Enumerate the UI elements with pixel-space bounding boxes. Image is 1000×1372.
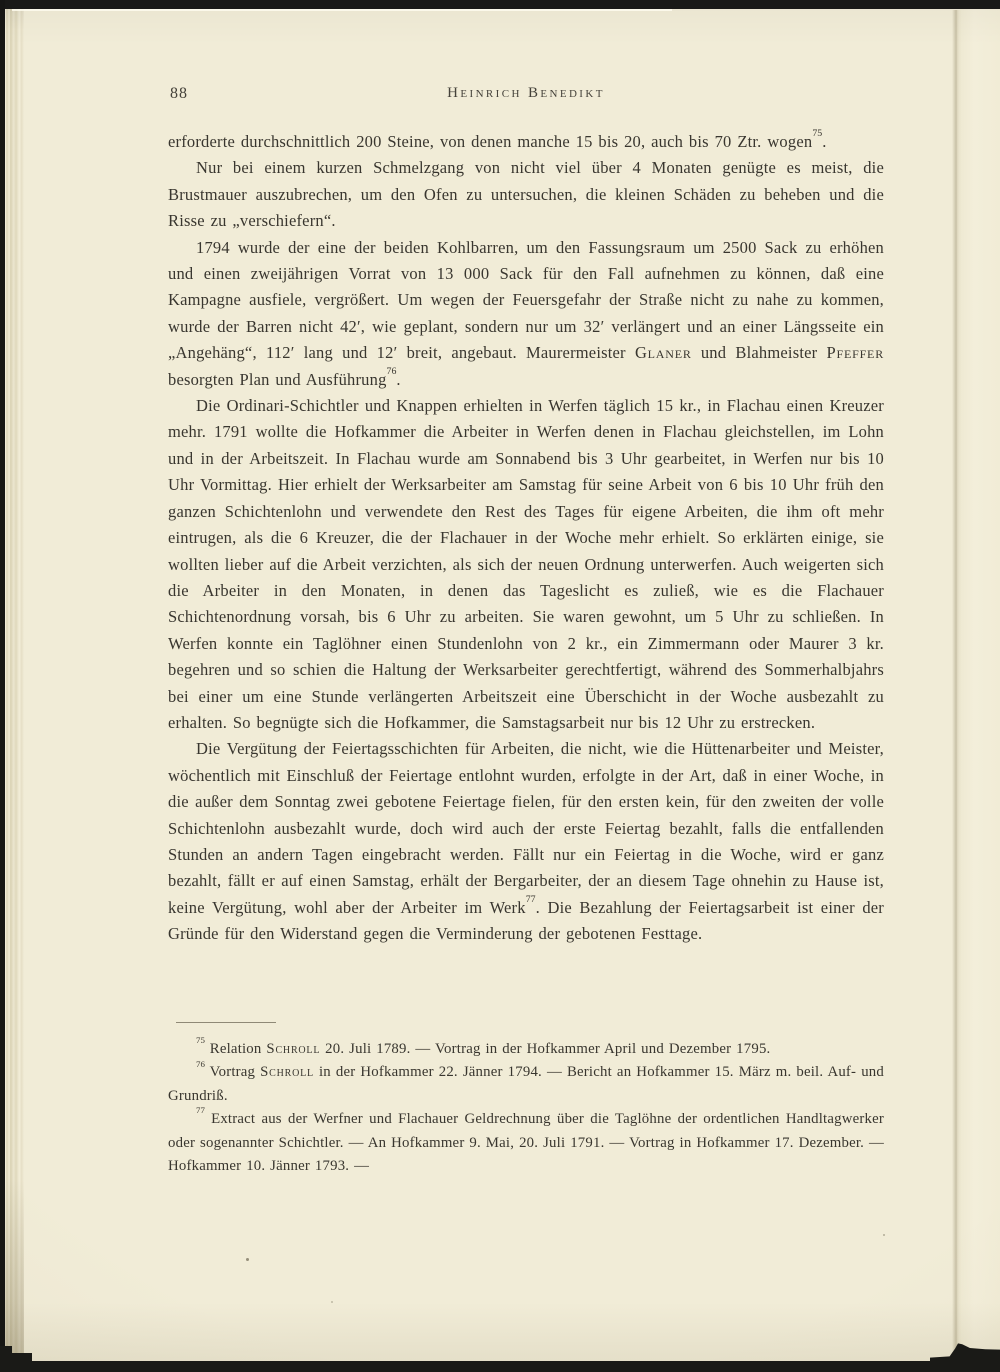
paper-speck xyxy=(331,1301,333,1303)
footnote-separator xyxy=(176,1022,276,1023)
scan-edge-bottom-step xyxy=(0,1353,32,1361)
paper-speck xyxy=(246,1258,249,1261)
scan-edge-top xyxy=(0,0,1000,9)
scan-edge-bottom xyxy=(0,1361,1000,1372)
paper-speck xyxy=(883,1234,885,1236)
adjacent-page-sliver xyxy=(960,9,1000,1361)
running-head: Heinrich Benedikt xyxy=(168,85,884,102)
footnote: 76 Vortrag Schroll in der Hofkammer 22. … xyxy=(168,1061,884,1108)
page-content: 88 Heinrich Benedikt erforderte durchsch… xyxy=(168,0,884,948)
scan-edge-bottom-step xyxy=(0,1346,12,1353)
body-text: erforderte durchschnittlich 200 Steine, … xyxy=(168,129,884,948)
paragraph: Die Vergütung der Feiertagsschichten für… xyxy=(168,736,884,947)
paragraph: Die Ordinari-Schichtler und Knappen erhi… xyxy=(168,393,884,736)
footnote-zone: 75 Relation Schroll 20. Juli 1789. — Vor… xyxy=(168,1014,884,1178)
footnote: 77 Extract aus der Werfner und Flachauer… xyxy=(168,1108,884,1178)
footnote: 75 Relation Schroll 20. Juli 1789. — Vor… xyxy=(168,1038,884,1061)
scanned-book-page: 88 Heinrich Benedikt erforderte durchsch… xyxy=(0,0,1000,1372)
page-number: 88 xyxy=(170,85,188,103)
paragraph: 1794 wurde der eine der beiden Kohlbarre… xyxy=(168,235,884,393)
footnotes: 75 Relation Schroll 20. Juli 1789. — Vor… xyxy=(168,1038,884,1178)
book-page-edges-left xyxy=(5,0,24,1372)
scan-edge-left xyxy=(0,0,5,1372)
paragraph: Nur bei einem kurzen Schmelzgang von nic… xyxy=(168,155,884,234)
paragraph: erforderte durchschnittlich 200 Steine, … xyxy=(168,129,884,155)
page-crease xyxy=(952,10,961,1358)
page-header: 88 Heinrich Benedikt xyxy=(168,85,884,107)
